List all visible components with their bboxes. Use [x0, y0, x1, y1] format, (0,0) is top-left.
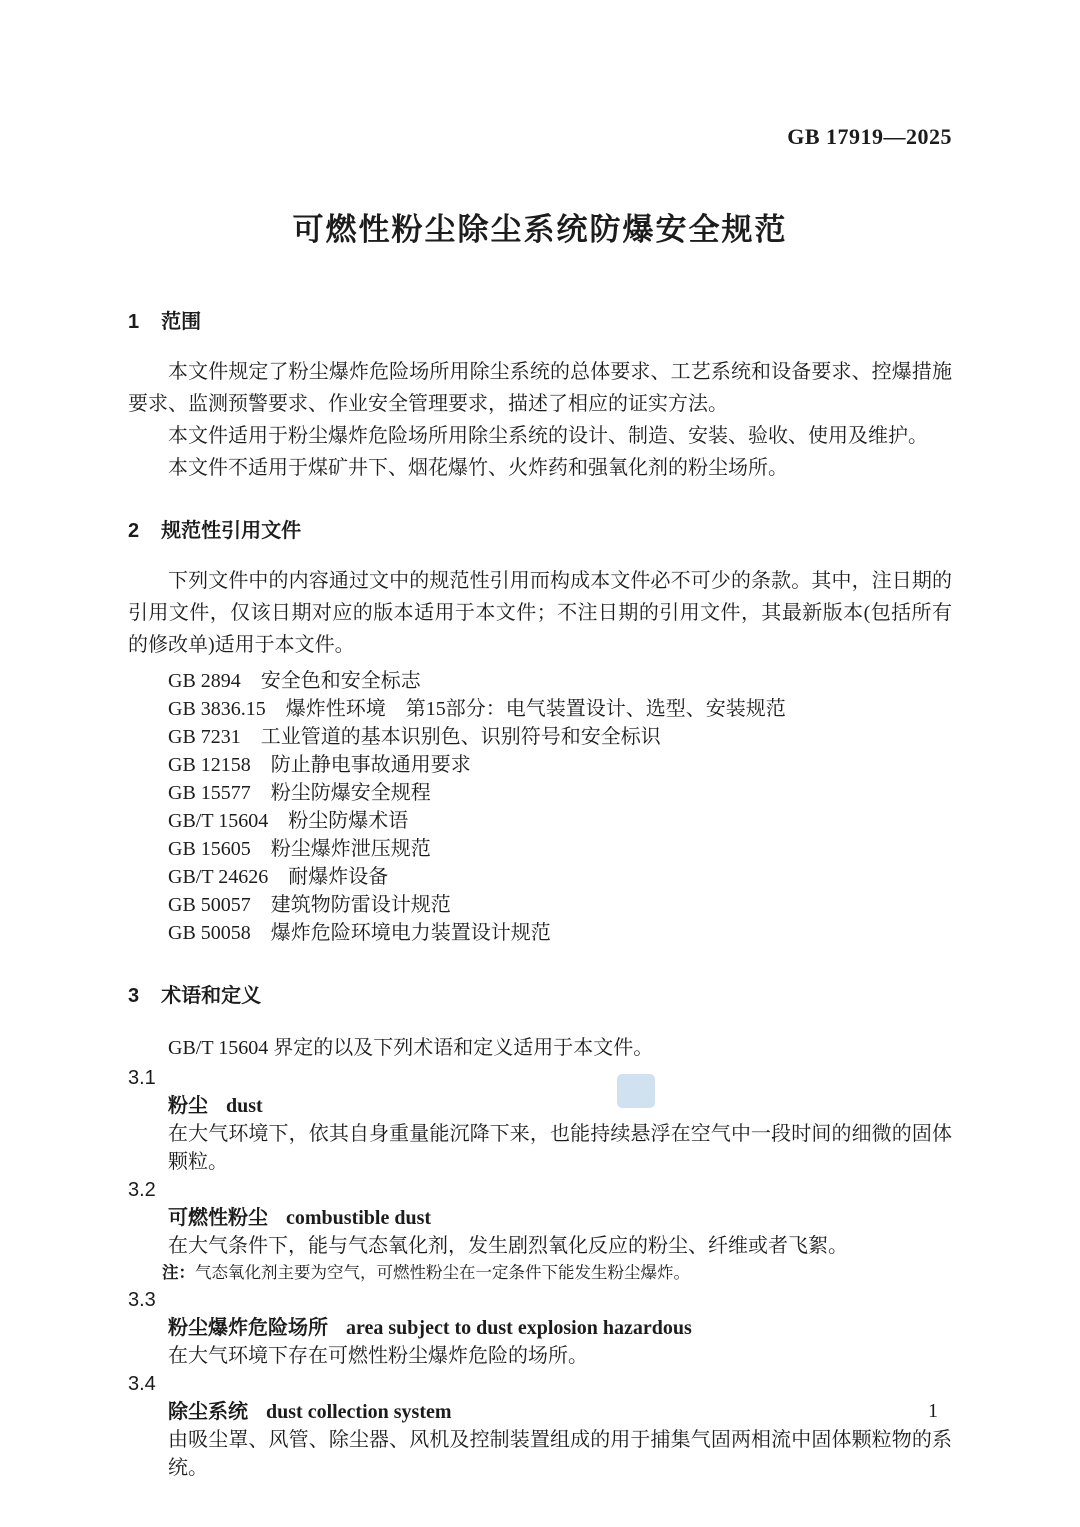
scope-paragraph: 本文件不适用于煤矿井下、烟花爆竹、火炸药和强氧化剂的粉尘场所。: [128, 452, 952, 484]
document-title: 可燃性粉尘除尘系统防爆安全规范: [128, 204, 952, 249]
term-number: 3.1: [128, 1064, 952, 1092]
term-number: 3.3: [128, 1286, 952, 1314]
reference-code: GB 50058: [168, 922, 251, 944]
section-3-title: 术语和定义: [161, 985, 261, 1007]
reference-code: GB 7231: [168, 726, 241, 748]
term-name-zh: 粉尘: [168, 1095, 208, 1117]
reference-code: GB 12158: [168, 754, 251, 776]
reference-code: GB 15577: [168, 782, 251, 804]
reference-title: 防止静电事故通用要求: [271, 754, 471, 776]
section-1-title: 范围: [161, 311, 201, 333]
note-text: 气态氧化剂主要为空气，可燃性粉尘在一定条件下能发生粉尘爆炸。: [195, 1263, 690, 1282]
term-definition: 在大气环境下，依其自身重量能沉降下来，也能持续悬浮在空气中一段时间的细微的固体颗…: [128, 1120, 952, 1176]
reference-title: 粉尘防爆安全规程: [271, 782, 431, 804]
page-number: 1: [928, 1400, 938, 1423]
reference-code: GB 15605: [168, 838, 251, 860]
scope-paragraphs: 本文件规定了粉尘爆炸危险场所用除尘系统的总体要求、工艺系统和设备要求、控爆措施要…: [128, 356, 952, 484]
reference-code: GB 2894: [168, 670, 241, 692]
term-name-en: dust: [226, 1095, 263, 1117]
term-name-en: area subject to dust explosion hazardous: [346, 1317, 692, 1339]
reference-item: GB 7231工业管道的基本识别色、识别符号和安全标识: [128, 723, 952, 751]
reference-code: GB/T 24626: [168, 866, 268, 888]
term-block-3-2: 3.2 可燃性粉尘combustible dust 在大气条件下，能与气态氧化剂…: [128, 1176, 952, 1286]
reference-item: GB 50058爆炸危险环境电力装置设计规范: [128, 919, 952, 947]
term-definition: 由吸尘罩、风管、除尘器、风机及控制装置组成的用于捕集气固两相流中固体颗粒物的系统…: [128, 1426, 952, 1482]
note-label: 注：: [162, 1264, 195, 1282]
references-intro: 下列文件中的内容通过文中的规范性引用而构成本文件必不可少的条款。其中，注日期的引…: [128, 565, 952, 661]
term-name-en: combustible dust: [286, 1207, 431, 1229]
term-heading: 粉尘dust: [128, 1092, 952, 1120]
reference-title: 粉尘爆炸泄压规范: [271, 838, 431, 860]
term-definition: 在大气条件下，能与气态氧化剂，发生剧烈氧化反应的粉尘、纤维或者飞絮。: [128, 1232, 952, 1260]
references-intro-wrap: 下列文件中的内容通过文中的规范性引用而构成本文件必不可少的条款。其中，注日期的引…: [128, 565, 952, 661]
term-number: 3.4: [128, 1370, 952, 1398]
section-2-heading: 2规范性引用文件: [128, 514, 952, 543]
reference-title: 粉尘防爆术语: [288, 810, 408, 832]
term-block-3-1: 3.1 粉尘dust 在大气环境下，依其自身重量能沉降下来，也能持续悬浮在空气中…: [128, 1064, 952, 1176]
reference-item: GB/T 24626耐爆炸设备: [128, 863, 952, 891]
reference-title: 耐爆炸设备: [288, 866, 388, 888]
reference-item: GB 15577粉尘防爆安全规程: [128, 779, 952, 807]
term-note: 注：气态氧化剂主要为空气，可燃性粉尘在一定条件下能发生粉尘爆炸。: [128, 1260, 952, 1286]
section-3-heading: 3术语和定义: [128, 979, 952, 1008]
term-name-zh: 除尘系统: [168, 1401, 248, 1423]
term-block-3-3: 3.3 粉尘爆炸危险场所area subject to dust explosi…: [128, 1286, 952, 1370]
section-1-number: 1: [128, 311, 139, 333]
term-block-3-4: 3.4 除尘系统dust collection system 由吸尘罩、风管、除…: [128, 1370, 952, 1482]
reference-title: 爆炸性环境 第15部分：电气装置设计、选型、安装规范: [286, 698, 786, 720]
reference-item: GB 50057建筑物防雷设计规范: [128, 891, 952, 919]
term-name-zh: 可燃性粉尘: [168, 1207, 268, 1229]
reference-title: 工业管道的基本识别色、识别符号和安全标识: [261, 726, 661, 748]
term-definition: 在大气环境下存在可燃性粉尘爆炸危险的场所。: [128, 1342, 952, 1370]
term-heading: 除尘系统dust collection system: [128, 1398, 952, 1426]
document-page: GB 17919—2025 可燃性粉尘除尘系统防爆安全规范 1范围 本文件规定了…: [0, 0, 1080, 1527]
reference-title: 建筑物防雷设计规范: [271, 894, 451, 916]
reference-code: GB/T 15604: [168, 810, 268, 832]
reference-item: GB/T 15604粉尘防爆术语: [128, 807, 952, 835]
term-name-en: dust collection system: [266, 1401, 452, 1423]
section-2-number: 2: [128, 520, 139, 542]
reference-code: GB 3836.15: [168, 698, 266, 720]
reference-title: 安全色和安全标志: [261, 670, 421, 692]
terms-intro: GB/T 15604 界定的以及下列术语和定义适用于本文件。: [128, 1032, 952, 1064]
term-name-zh: 粉尘爆炸危险场所: [168, 1317, 328, 1339]
section-3-number: 3: [128, 985, 139, 1007]
standard-number: GB 17919—2025: [128, 124, 952, 150]
term-heading: 粉尘爆炸危险场所area subject to dust explosion h…: [128, 1314, 952, 1342]
reference-item: GB 12158防止静电事故通用要求: [128, 751, 952, 779]
section-1-heading: 1范围: [128, 305, 952, 334]
scope-paragraph: 本文件规定了粉尘爆炸危险场所用除尘系统的总体要求、工艺系统和设备要求、控爆措施要…: [128, 356, 952, 420]
reference-title: 爆炸危险环境电力装置设计规范: [271, 922, 551, 944]
term-heading: 可燃性粉尘combustible dust: [128, 1204, 952, 1232]
section-2-title: 规范性引用文件: [161, 520, 301, 542]
references-list: GB 2894安全色和安全标志 GB 3836.15爆炸性环境 第15部分：电气…: [128, 667, 952, 947]
scope-paragraph: 本文件适用于粉尘爆炸危险场所用除尘系统的设计、制造、安装、验收、使用及维护。: [128, 420, 952, 452]
page-content: GB 17919—2025 可燃性粉尘除尘系统防爆安全规范 1范围 本文件规定了…: [128, 124, 952, 1482]
reference-item: GB 15605粉尘爆炸泄压规范: [128, 835, 952, 863]
reference-code: GB 50057: [168, 894, 251, 916]
reference-item: GB 2894安全色和安全标志: [128, 667, 952, 695]
reference-item: GB 3836.15爆炸性环境 第15部分：电气装置设计、选型、安装规范: [128, 695, 952, 723]
term-number: 3.2: [128, 1176, 952, 1204]
